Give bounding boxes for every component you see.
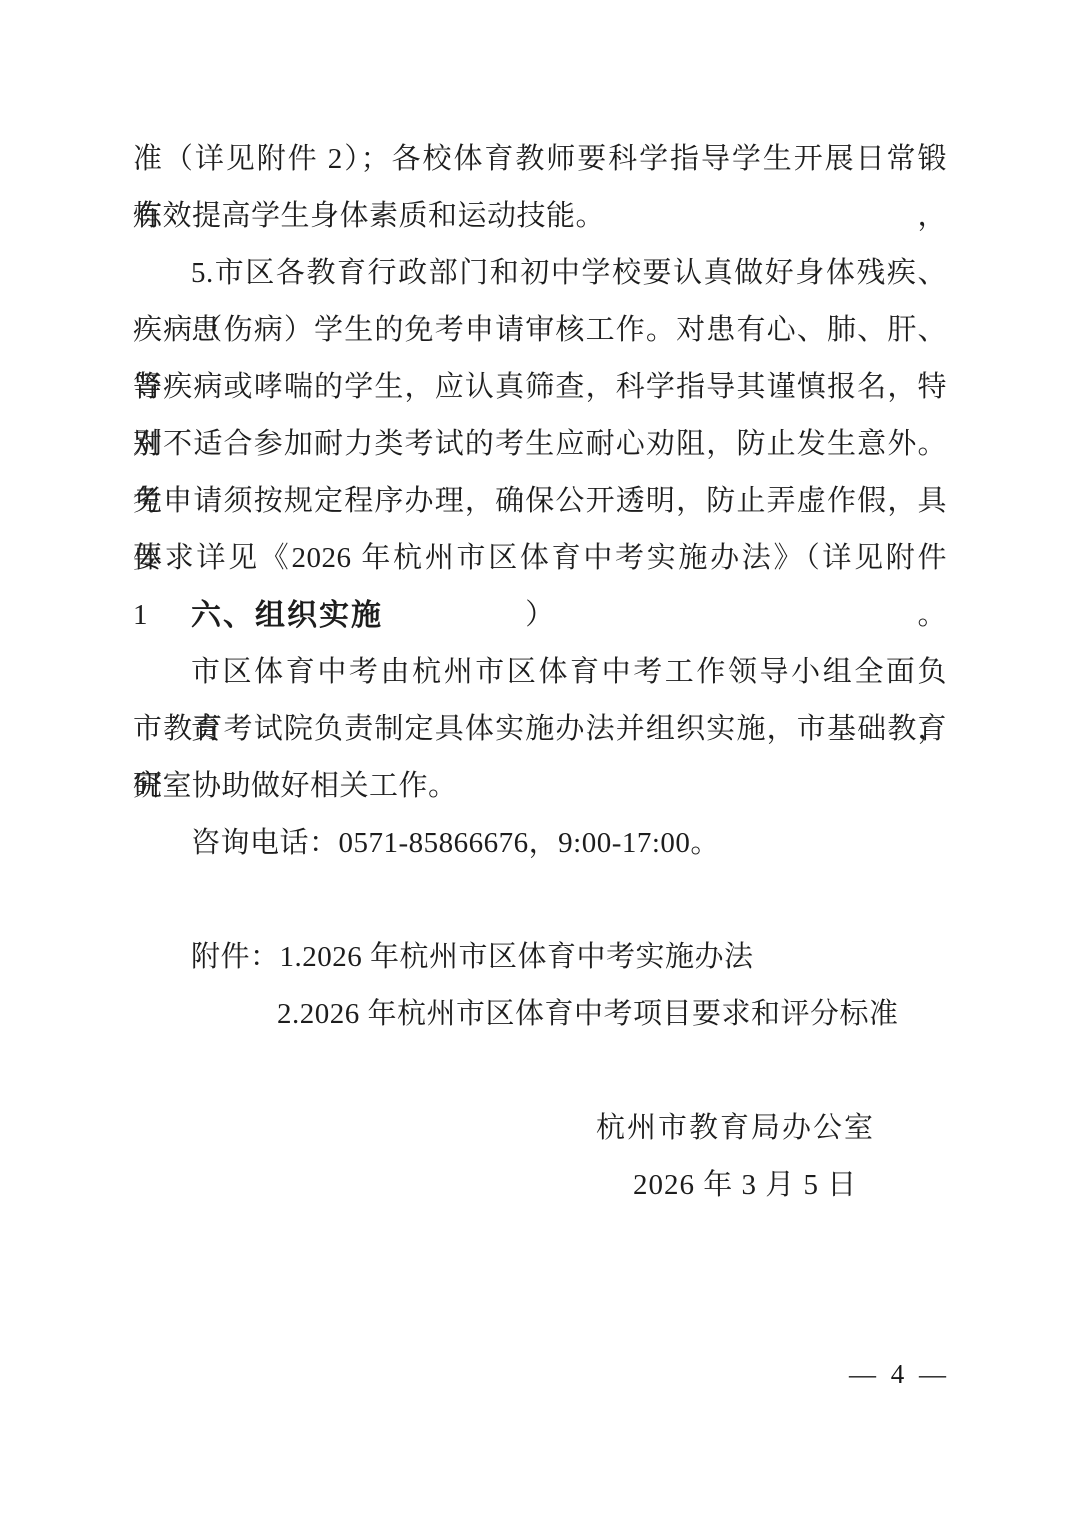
- paragraph-line: 疾病（伤病）学生的免考申请审核工作。对患有心、肺、肝、肾: [133, 302, 947, 359]
- paragraph-line: 市区体育中考由杭州市区体育中考工作领导小组全面负责，: [133, 644, 947, 701]
- attachment-line-1: 附件：1.2026 年杭州市区体育中考实施办法: [133, 929, 947, 986]
- attachment-line-2: 2.2026 年杭州市区体育中考项目要求和评分标准: [133, 986, 947, 1043]
- spacer-line: [133, 1043, 947, 1100]
- page-number: — 4 —: [849, 1356, 950, 1392]
- paragraph-line: 5.市区各教育行政部门和初中学校要认真做好身体残疾、患: [133, 245, 947, 302]
- paragraph-line: 市教育考试院负责制定具体实施办法并组织实施，市基础教育研: [133, 701, 947, 758]
- phone-line: 咨询电话：0571-85866676，9:00-17:00。: [133, 815, 947, 872]
- paragraph-line: 对不适合参加耐力类考试的考生应耐心劝阻，防止发生意外。免: [133, 416, 947, 473]
- paragraph-line: 究室协助做好相关工作。: [133, 758, 947, 815]
- paragraph-line: 考申请须按规定程序办理，确保公开透明，防止弄虚作假，具体: [133, 473, 947, 530]
- spacer-line: [133, 872, 947, 929]
- signature-issuer: 杭州市教育局办公室: [133, 1100, 947, 1157]
- document-body: 准（详见附件 2）；各校体育教师要科学指导学生开展日常锻炼， 有效提高学生身体素…: [133, 131, 947, 1214]
- paragraph-line: 等疾病或哮喘的学生，应认真筛查，科学指导其谨慎报名，特别: [133, 359, 947, 416]
- paragraph-line: 要求详见《2026 年杭州市区体育中考实施办法》（详见附件 1）。: [133, 530, 947, 587]
- document-page: 准（详见附件 2）；各校体育教师要科学指导学生开展日常锻炼， 有效提高学生身体素…: [0, 0, 1080, 1526]
- signature-date: 2026 年 3 月 5 日: [133, 1157, 947, 1214]
- paragraph-line: 准（详见附件 2）；各校体育教师要科学指导学生开展日常锻炼，: [133, 131, 947, 188]
